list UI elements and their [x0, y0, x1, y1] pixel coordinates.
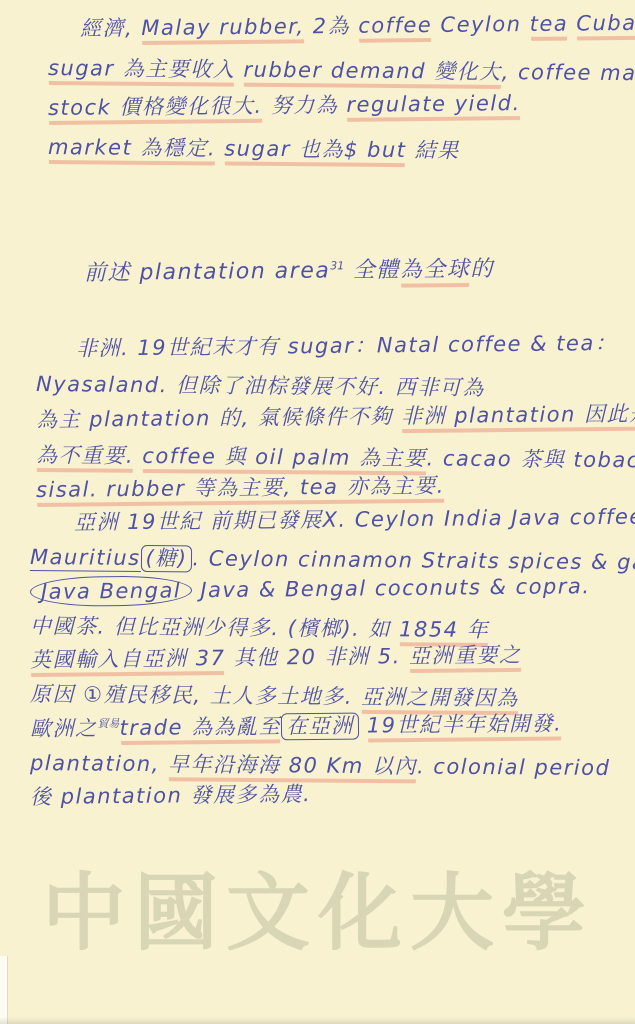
highlighted-text: coffee 與 oil palm 為主要: [142, 444, 426, 471]
handwritten-line: Mauritius(糖). Ceylon cinnamon Straits sp…: [30, 544, 635, 576]
handwritten-line: 非洲. 19世紀末才有 sugar：Natal coffee & tea：: [36, 329, 635, 362]
handwritten-line: 歐洲之貿易trade 為為亂至在亞洲 19世紀半年始開發.: [30, 708, 635, 741]
handwritten-line: 為主 plantation 的, 氣候條件不夠 非洲 plantation 因此…: [36, 400, 635, 433]
circled-annotation: 在亞洲: [281, 712, 359, 740]
handwritten-line: stock 價格變化很大. 努力為 regulate yield.: [48, 88, 635, 121]
text-segment: . cacao 茶與 tobacco: [426, 446, 635, 473]
handwritten-line: sisal. rubber 等為主要, tea 亦為主要.: [36, 470, 635, 503]
text-segment: 結果: [406, 138, 459, 163]
scan-bottom-shadow: [0, 1017, 635, 1024]
university-watermark: 中國文化大學: [42, 846, 602, 967]
paragraph-africa: 非洲. 19世紀末才有 sugar：Natal coffee & tea：Nya…: [36, 336, 635, 512]
text-segment: , coffee market: [502, 60, 635, 87]
highlighted-text: 英國輸入自亞洲 37: [30, 646, 226, 673]
text-segment: 31: [330, 259, 344, 273]
highlighted-text: 非洲 plantation 因此是: [401, 401, 635, 429]
paragraph-plantation-economy: 經濟, Malay rubber, 2為 coffee Ceylon tea C…: [48, 16, 635, 173]
handwritten-line: 為不重要. coffee 與 oil palm 為主要. cacao 茶與 to…: [36, 442, 635, 474]
text-segment: 原因 ①殖民移民, 土人多土地多.: [30, 682, 361, 710]
highlighted-text: 亞洲之開發因為: [361, 685, 519, 711]
highlighted-text: sugar 也為$ but: [224, 136, 406, 163]
highlighted-text: 亞洲重要之: [409, 643, 522, 669]
circled-annotation: (糖): [140, 545, 192, 572]
text-segment: 非洲. 19世紀末才有 sugar：Natal coffee & tea：: [76, 331, 618, 362]
handwritten-line: 經濟, Malay rubber, 2為 coffee Ceylon tea C…: [48, 9, 635, 42]
text-segment: . Ceylon cinnamon Straits spices & gambi…: [192, 547, 635, 577]
highlighted-text: regulate yield.: [346, 91, 521, 118]
handwritten-line: 前述 plantation area31 全體為全球的: [84, 256, 494, 288]
scan-paper-edge: [0, 956, 8, 1024]
handwritten-line: plantation, 早年沿海海 80 Km 以內. colonial per…: [30, 750, 635, 782]
text-segment: 其他 20 非洲 5.: [225, 644, 409, 671]
scanned-note-page: 經濟, Malay rubber, 2為 coffee Ceylon tea C…: [0, 0, 635, 1024]
handwritten-line: market 為穩定. sugar 也為$ but 結果: [48, 134, 635, 166]
highlighted-text: 1854 年: [399, 617, 489, 643]
highlighted-text: 為不重要.: [36, 443, 134, 469]
highlighted-text: market 為穩定.: [48, 135, 216, 161]
highlighted-text: rubber demand 變化大: [243, 58, 501, 85]
text-segment: 努力為: [262, 92, 346, 118]
text-segment: Nyasaland. 但除了油棕發展不好. 西非可為: [36, 372, 485, 401]
text-segment: 全體: [344, 258, 400, 285]
handwritten-line: 中國茶. 但比亞洲少得多. (檳榔). 如 1854 年: [30, 613, 635, 645]
handwritten-line: Java Bengal Java & Bengal coconuts & cop…: [30, 571, 635, 604]
highlighted-text: stock 價格變化很大.: [48, 93, 263, 120]
text-segment: [359, 713, 367, 738]
handwritten-line: 後 plantation 發展多為農.: [30, 777, 635, 810]
handwritten-line: 英國輸入自亞洲 37 其他 20 非洲 5. 亞洲重要之: [30, 640, 635, 673]
highlighted-text: tea: [530, 12, 569, 37]
text-segment: 中國茶. 但比亞洲少得多. (檳榔). 如: [30, 614, 399, 642]
highlighted-text: Malay rubber,: [141, 14, 304, 41]
text-segment: 2為: [304, 14, 358, 40]
text-segment: Mauritius: [30, 545, 141, 572]
handwritten-line: Nyasaland. 但除了油棕發展不好. 西非可為: [36, 371, 635, 403]
circled-annotation: Java Bengal: [30, 575, 193, 607]
highlighted-text: sisal. rubber 等為主要, tea 亦為主要.: [36, 474, 445, 503]
highlighted-text: trade 為為亂至: [119, 714, 281, 741]
handwritten-line: sugar 為主要收入 rubber demand 變化大, coffee ma…: [48, 55, 635, 87]
text-segment: 後 plantation 發展多為農.: [30, 782, 311, 810]
highlighted-text: coffee: [358, 13, 432, 39]
text-segment: 前述 plantation area: [84, 258, 331, 287]
text-segment: 歐洲之: [30, 716, 98, 742]
text-segment: 的: [470, 257, 494, 283]
highlighted-text: Cuba: [576, 11, 635, 37]
text-segment: 亞洲 19世紀 前期已發展X. Ceylon India Java coffee: [74, 505, 635, 536]
highlighted-text: 19世紀半年始開發.: [367, 711, 563, 738]
handwritten-line: 原因 ①殖民移民, 土人多土地多. 亞洲之開發因為: [30, 681, 635, 713]
text-segment: Java & Bengal coconuts & copra.: [192, 574, 591, 603]
highlighted-text: 為全球: [400, 257, 471, 284]
text-segment: Ceylon: [432, 12, 530, 38]
paragraph-asia: 亞洲 19世紀 前期已發展X. Ceylon India Java coffee…: [30, 510, 635, 818]
text-segment: 貿易: [97, 717, 119, 731]
text-segment: 經濟,: [80, 16, 142, 42]
text-segment: plantation,: [30, 751, 168, 777]
heading-plantation-area: 前述 plantation area31 全體為全球的: [84, 260, 494, 288]
highlighted-text: sugar 為主要收入: [48, 56, 235, 83]
text-segment: 為主 plantation 的, 氣候條件不夠: [36, 404, 401, 433]
text-segment: . colonial period: [417, 754, 611, 781]
highlighted-text: 早年沿海海 80 Km 以內: [168, 752, 417, 779]
